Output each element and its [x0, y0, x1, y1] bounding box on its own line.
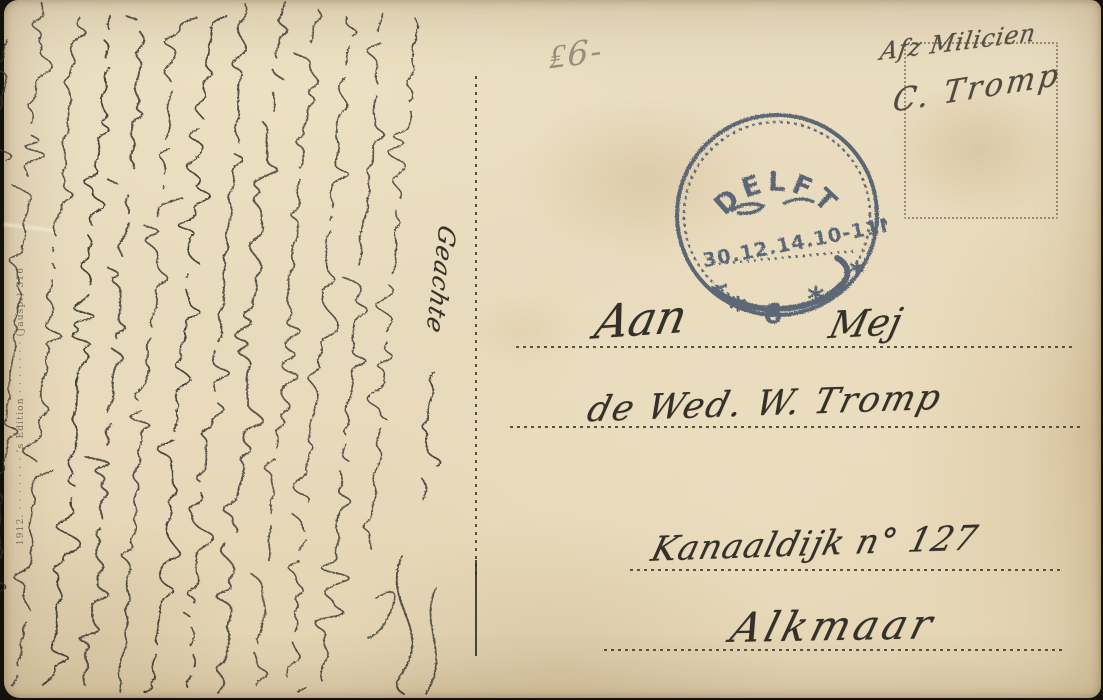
address-city: Alkmaar	[726, 600, 942, 652]
postmark-outer-ring	[677, 115, 877, 315]
postmark-star-upper: *	[849, 256, 865, 291]
postmark-delft: DELFT 30.12.14.10-11N 6 * * *	[667, 105, 887, 325]
address-rule-3	[630, 569, 1062, 571]
divider-line	[475, 76, 477, 578]
postmark-star-right: *	[807, 280, 825, 320]
scan-background: 1912. · · · · · · · ’s Edition · · · · ·…	[0, 0, 1103, 700]
price-mark: ₤6-	[549, 30, 604, 77]
postcard: 1912. · · · · · · · ’s Edition · · · · ·…	[4, 0, 1101, 698]
divider-line-solid	[475, 560, 477, 656]
postmark-number: 6	[763, 297, 782, 325]
address-to: Aan	[590, 288, 692, 349]
postmark-city: DELFT	[708, 167, 845, 222]
address-mej: Mej	[825, 300, 906, 347]
postmark-star-left: *	[729, 290, 747, 325]
